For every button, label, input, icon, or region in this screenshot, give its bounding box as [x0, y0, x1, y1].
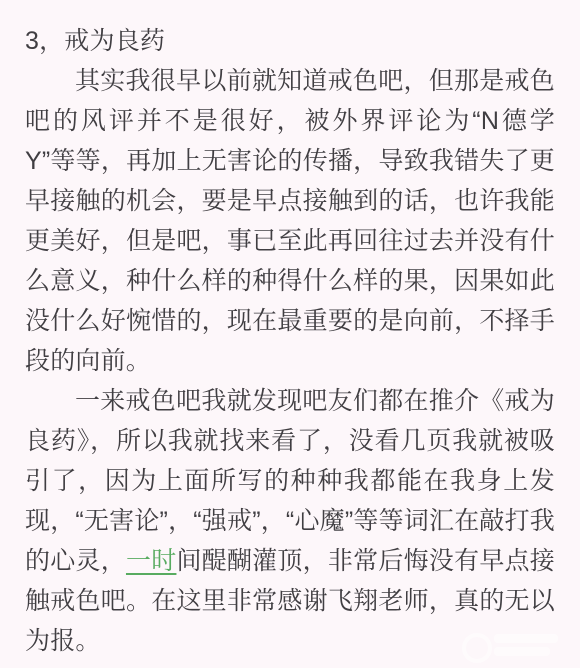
inline-link[interactable]: 一时 — [126, 547, 176, 575]
text-segment: 其实我很早以前就知道戒色吧，但那是戒色吧的风评并不是很好，被外界评论为“N德学Y… — [25, 67, 555, 375]
paragraph: 其实我很早以前就知道戒色吧，但那是戒色吧的风评并不是很好，被外界评论为“N德学Y… — [25, 61, 555, 381]
article-page: 3，戒为良药 其实我很早以前就知道戒色吧，但那是戒色吧的风评并不是很好，被外界评… — [0, 0, 580, 668]
section-heading: 3，戒为良药 — [25, 21, 555, 61]
paragraph: 一来戒色吧我就发现吧友们都在推介《戒为良药》，所以我就找来看了，没看几页我就被吸… — [25, 381, 555, 661]
paragraphs: 其实我很早以前就知道戒色吧，但那是戒色吧的风评并不是很好，被外界评论为“N德学Y… — [25, 61, 555, 661]
